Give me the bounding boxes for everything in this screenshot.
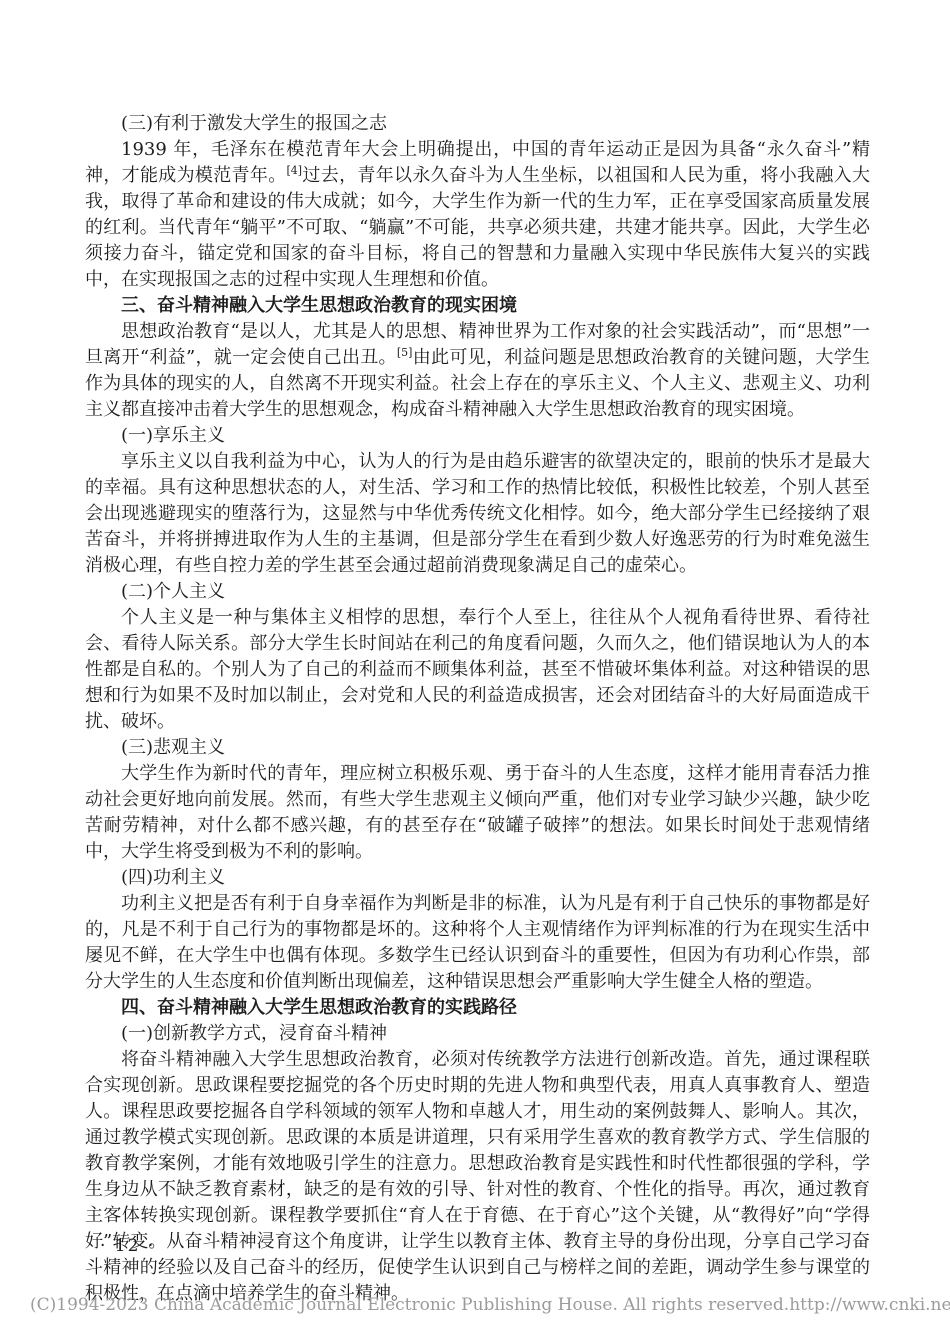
journal-page: (三)有利于激发大学生的报国之志 1939 年，毛泽东在模范青年大会上明确提出，… <box>0 0 950 1344</box>
citation-ref-4: [4] <box>287 164 303 177</box>
paragraph-patriotism: 1939 年，毛泽东在模范青年大会上明确提出，中国的青年运动正是因为具备“永久奋… <box>85 137 870 293</box>
article-body: (三)有利于激发大学生的报国之志 1939 年，毛泽东在模范青年大会上明确提出，… <box>85 111 870 1307</box>
citation-ref-5: [5] <box>397 346 413 359</box>
page-footer: (C)1994-2023 China Academic Journal Elec… <box>30 1294 805 1316</box>
subheading-3-1: (一)享乐主义 <box>85 423 870 449</box>
copyright-notice: (C)1994-2023 China Academic Journal Elec… <box>30 1294 789 1316</box>
subheading-3-2: (二)个人主义 <box>85 579 870 605</box>
paragraph-pessimism: 大学生作为新时代的青年，理应树立积极乐观、勇于奋斗的人生态度，这样才能用青春活力… <box>85 761 870 865</box>
cnki-url: http://www.cnki.net <box>789 1294 950 1316</box>
subheading-3-3: (三)悲观主义 <box>85 735 870 761</box>
paragraph-hedonism: 享乐主义以自我利益为中心，认为人的行为是由趋乐避害的欲望决定的，眼前的快乐才是最… <box>85 449 870 579</box>
subheading-4-1: (一)创新教学方式，浸育奋斗精神 <box>85 1021 870 1047</box>
paragraph-utilitarianism: 功利主义把是否有利于自身幸福作为判断是非的标准，认为凡是有利于自己快乐的事物都是… <box>85 891 870 995</box>
paragraph-dilemma-intro: 思想政治教育“是以人，尤其是人的思想、精神世界为工作对象的社会实践活动”，而“思… <box>85 319 870 423</box>
section-heading-4: 四、奋斗精神融入大学生思想政治教育的实践路径 <box>85 995 870 1021</box>
paragraph-individualism: 个人主义是一种与集体主义相悖的思想，奉行个人至上，往往从个人视角看待世界、看待社… <box>85 605 870 735</box>
subheading-3-4: (四)功利主义 <box>85 865 870 891</box>
subheading-2-3: (三)有利于激发大学生的报国之志 <box>85 111 870 137</box>
section-heading-3: 三、奋斗精神融入大学生思想政治教育的现实困境 <box>85 293 870 319</box>
paragraph-teaching-innovation: 将奋斗精神融入大学生思想政治教育，必须对传统教学方法进行创新改造。首先，通过课程… <box>85 1047 870 1307</box>
page-number: · 12 · <box>100 1236 155 1256</box>
